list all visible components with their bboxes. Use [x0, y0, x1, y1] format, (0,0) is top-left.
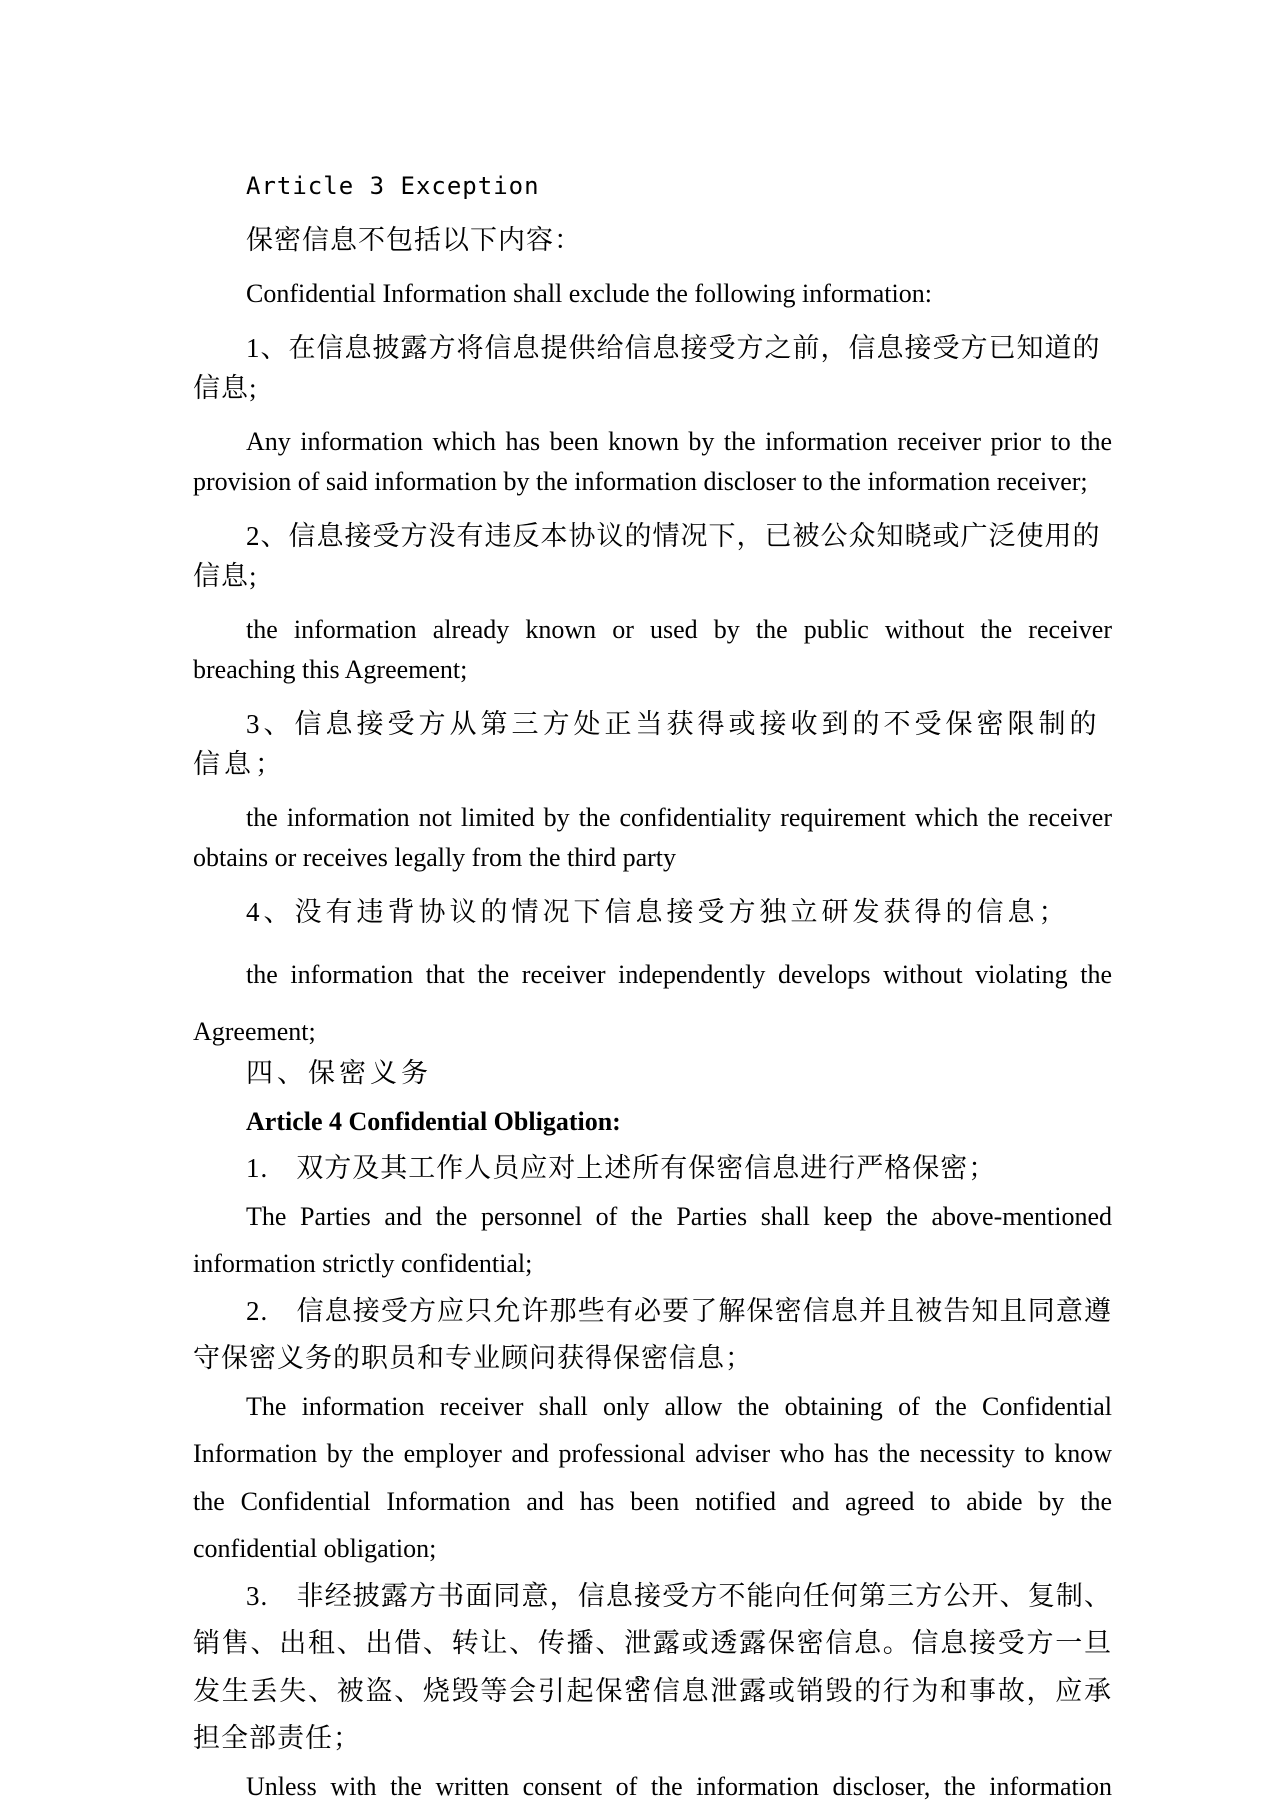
para-zh-obligation-3: 3. 非经披露方书面同意，信息接受方不能向任何第三方公开、复制、销售、出租、出借… [193, 1573, 1112, 1763]
article-4-heading: Article 4 Confidential Obligation: [193, 1098, 1112, 1146]
para-zh-obligation-2: 2. 信息接受方应只允许那些有必要了解保密信息并且被告知且同意遵守保密义务的职员… [193, 1288, 1112, 1383]
para-en-item-4: the information that the receiver indepe… [193, 946, 1112, 1060]
para-en-obligation-2: The information receiver shall only allo… [193, 1383, 1112, 1573]
article-3-heading: Article 3 Exception [193, 166, 1112, 206]
para-en-obligation-3-partial: Unless with the written consent of the i… [193, 1763, 1112, 1810]
para-en-item-3: the information not limited by the confi… [193, 798, 1112, 878]
document-page: Article 3 Exception 保密信息不包括以下内容： Confide… [0, 0, 1280, 1810]
para-en-obligation-1: The Parties and the personnel of the Par… [193, 1193, 1112, 1288]
page-number: 2 [0, 1672, 1280, 1699]
para-zh-exception-intro: 保密信息不包括以下内容： [193, 220, 1112, 260]
section-4-zh-heading: 四、保密义务 [193, 1050, 1112, 1098]
para-en-exception-intro: Confidential Information shall exclude t… [193, 274, 1112, 314]
para-zh-item-4: 4、没有违背协议的情况下信息接受方独立研发获得的信息； [193, 892, 1112, 932]
para-zh-item-2: 2、信息接受方没有违反本协议的情况下，已被公众知晓或广泛使用的信息; [193, 516, 1112, 596]
para-zh-item-1: 1、在信息披露方将信息提供给信息接受方之前，信息接受方已知道的信息; [193, 328, 1112, 408]
para-zh-item-3: 3、信息接受方从第三方处正当获得或接收到的不受保密限制的信息； [193, 704, 1112, 784]
para-zh-obligation-1: 1. 双方及其工作人员应对上述所有保密信息进行严格保密； [193, 1145, 1112, 1193]
para-en-item-2: the information already known or used by… [193, 610, 1112, 690]
para-en-item-1: Any information which has been known by … [193, 422, 1112, 502]
